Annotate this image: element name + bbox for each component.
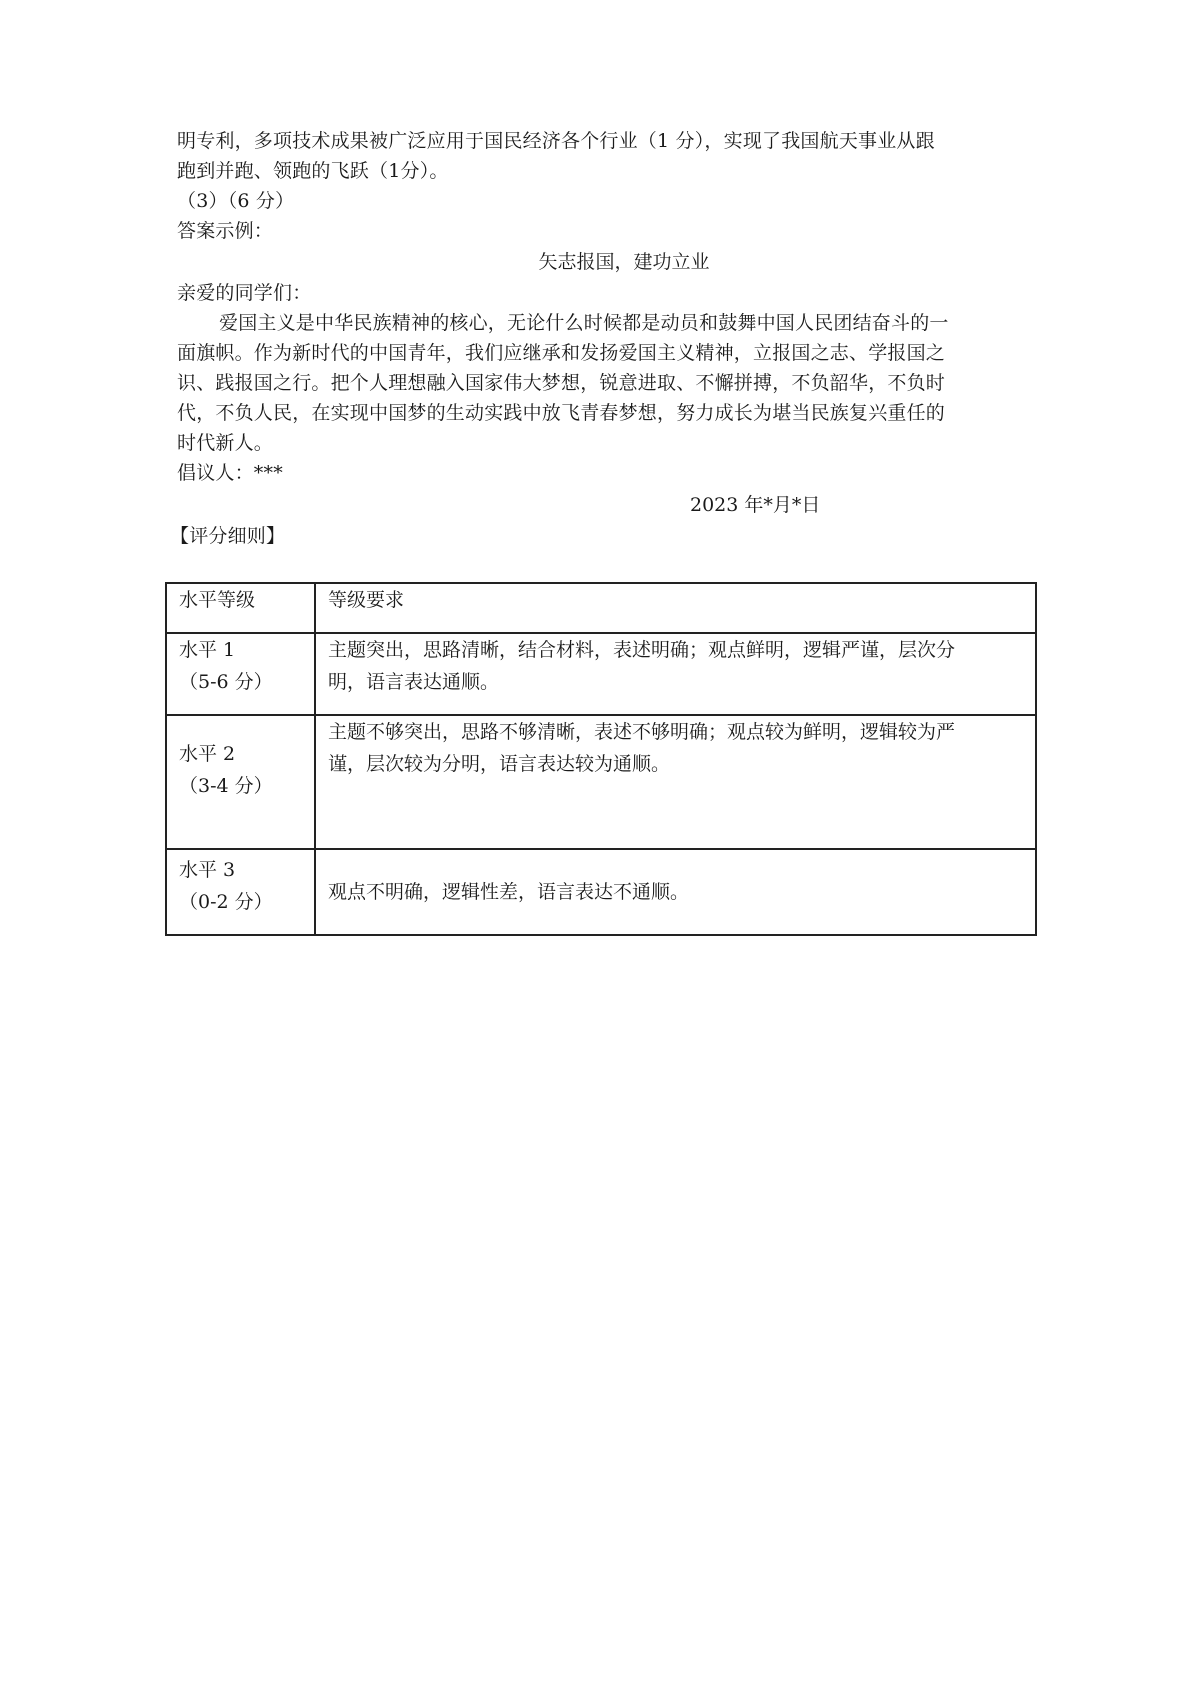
level-cell: 水平 1 （5-6 分） bbox=[166, 633, 315, 715]
requirement-cell: 观点不明确，逻辑性差，语言表达不通顺。 bbox=[315, 849, 1036, 935]
question-3-label: （3）（6 分） bbox=[177, 186, 294, 216]
table-row: 水平 2 （3-4 分） 主题不够突出，思路不够清晰，表述不够明确；观点较为鲜明… bbox=[166, 715, 1036, 849]
rubric-table: 水平等级 等级要求 水平 1 （5-6 分） 主题突出，思路清晰，结合材料，表述… bbox=[165, 582, 1037, 936]
letter-title: 矢志报国，建功立业 bbox=[0, 247, 1200, 277]
answer-continuation-line-1: 明专利，多项技术成果被广泛应用于国民经济各个行业（1 分），实现了我国航天事业从… bbox=[177, 126, 935, 156]
rubric-heading: 【评分细则】 bbox=[170, 521, 285, 551]
requirement-cell: 主题不够突出，思路不够清晰，表述不够明确；观点较为鲜明，逻辑较为严 谨，层次较为… bbox=[315, 715, 1036, 849]
requirement-line: 观点不明确，逻辑性差，语言表达不通顺。 bbox=[328, 876, 1023, 908]
answer-example-label: 答案示例： bbox=[177, 216, 273, 246]
level-name: 水平 3 bbox=[179, 854, 302, 886]
letter-body-line: 识、践报国之行。把个人理想融入国家伟大梦想，锐意进取、不懈拼搏，不负韶华，不负时 bbox=[177, 368, 945, 398]
level-cell: 水平 2 （3-4 分） bbox=[166, 715, 315, 849]
table-row: 水平 3 （0-2 分） 观点不明确，逻辑性差，语言表达不通顺。 bbox=[166, 849, 1036, 935]
letter-body-line: 面旗帜。作为新时代的中国青年，我们应继承和发扬爱国主义精神，立报国之志、学报国之 bbox=[177, 338, 945, 368]
level-score: （3-4 分） bbox=[179, 770, 302, 802]
level-name: 水平 2 bbox=[179, 738, 302, 770]
letter-body-line: 爱国主义是中华民族精神的核心，无论什么时候都是动员和鼓舞中国人民团结奋斗的一 bbox=[219, 308, 949, 338]
requirement-line: 谨，层次较为分明，语言表达较为通顺。 bbox=[328, 748, 1023, 780]
column-header-requirement: 等级要求 bbox=[315, 583, 1036, 633]
table-row: 水平 1 （5-6 分） 主题突出，思路清晰，结合材料，表述明确；观点鲜明，逻辑… bbox=[166, 633, 1036, 715]
letter-body-line: 时代新人。 bbox=[177, 428, 273, 458]
level-score: （0-2 分） bbox=[179, 886, 302, 918]
requirement-line: 主题不够突出，思路不够清晰，表述不够明确；观点较为鲜明，逻辑较为严 bbox=[328, 716, 1023, 748]
requirement-line: 明，语言表达通顺。 bbox=[328, 666, 1023, 698]
answer-continuation-line-2: 跑到并跑、领跑的飞跃（1分）。 bbox=[177, 156, 449, 186]
document-page: 明专利，多项技术成果被广泛应用于国民经济各个行业（1 分），实现了我国航天事业从… bbox=[0, 0, 1200, 1697]
letter-salutation: 亲爱的同学们： bbox=[177, 278, 311, 308]
letter-date: 2023 年*月*日 bbox=[690, 490, 820, 520]
letter-signature: 倡议人：*** bbox=[177, 458, 283, 488]
requirement-cell: 主题突出，思路清晰，结合材料，表述明确；观点鲜明，逻辑严谨，层次分 明，语言表达… bbox=[315, 633, 1036, 715]
column-header-level: 水平等级 bbox=[166, 583, 315, 633]
table-header-row: 水平等级 等级要求 bbox=[166, 583, 1036, 633]
level-cell: 水平 3 （0-2 分） bbox=[166, 849, 315, 935]
level-score: （5-6 分） bbox=[179, 666, 302, 698]
level-name: 水平 1 bbox=[179, 634, 302, 666]
letter-body-line: 代，不负人民，在实现中国梦的生动实践中放飞青春梦想，努力成长为堪当民族复兴重任的 bbox=[177, 398, 945, 428]
requirement-line: 主题突出，思路清晰，结合材料，表述明确；观点鲜明，逻辑严谨，层次分 bbox=[328, 634, 1023, 666]
